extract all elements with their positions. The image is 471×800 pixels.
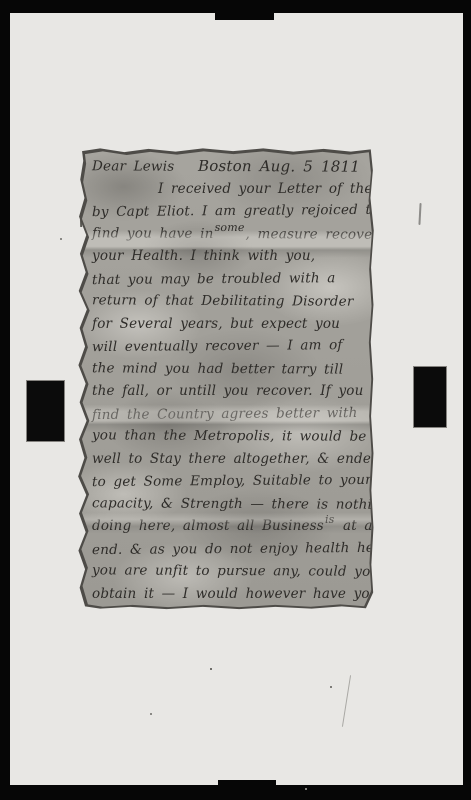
letter-line: you are unfit to pursue any, could you [92,559,366,583]
letter-line-text: find you have in [92,225,214,242]
letter-line: will eventually recover — I am of [92,334,366,359]
letter-line: I received your Letter of the 25 July [92,178,366,201]
letter-line: doing here, almost all Businessis at an [92,515,366,538]
letter-line: return of that Debilitating Disorder [92,289,366,313]
salutation: Dear Lewis [92,155,174,178]
letter-line: for Several years, but expect you [92,313,366,336]
registration-mark-left [27,381,64,441]
letter-line: your Health. I think with you, [92,245,366,268]
letter-line-text: doing here, almost all Business [92,518,324,534]
registration-mark-right [414,367,446,427]
scratch-mark [418,203,421,225]
letter-line: that you may be troubled with a [92,266,366,291]
letter-line: well to Stay there altogether, & endeavo… [92,448,366,471]
letter-line: find the Country agrees better with [92,401,366,426]
letter-line: the fall, or untill you recover. If you [92,380,366,403]
letter-line: you than the Metropolis, it would be [92,424,366,448]
letter-line: Dear Lewis Boston Aug. 5 1811 [92,154,366,178]
letter-line: the mind you had better tarry till [92,357,366,381]
inserted-word: some [215,220,245,233]
letter-line: by Capt Eliot. I am greatly rejoiced to [92,199,366,224]
dust-specks [210,668,212,670]
letter-body: Dear Lewis Boston Aug. 5 1811 I received… [79,150,376,609]
film-scan-frame: Dear Lewis Boston Aug. 5 1811 I received… [0,0,471,800]
scratch-mark [342,675,351,727]
film-notch-bottom [218,780,276,800]
dateline: Boston Aug. 5 1811 [198,155,360,178]
letter-paper: Dear Lewis Boston Aug. 5 1811 I received… [79,150,376,609]
letter-line: find you have insome, measure recovered [92,222,366,246]
film-notch-top [215,0,274,20]
letter-line: to get Some Employ, Suitable to your [92,469,366,494]
letter-line: obtain it — I would however have you [92,583,366,606]
inserted-word: is [325,513,335,526]
letter-line: end. & as you do not enjoy health here, [92,536,366,561]
